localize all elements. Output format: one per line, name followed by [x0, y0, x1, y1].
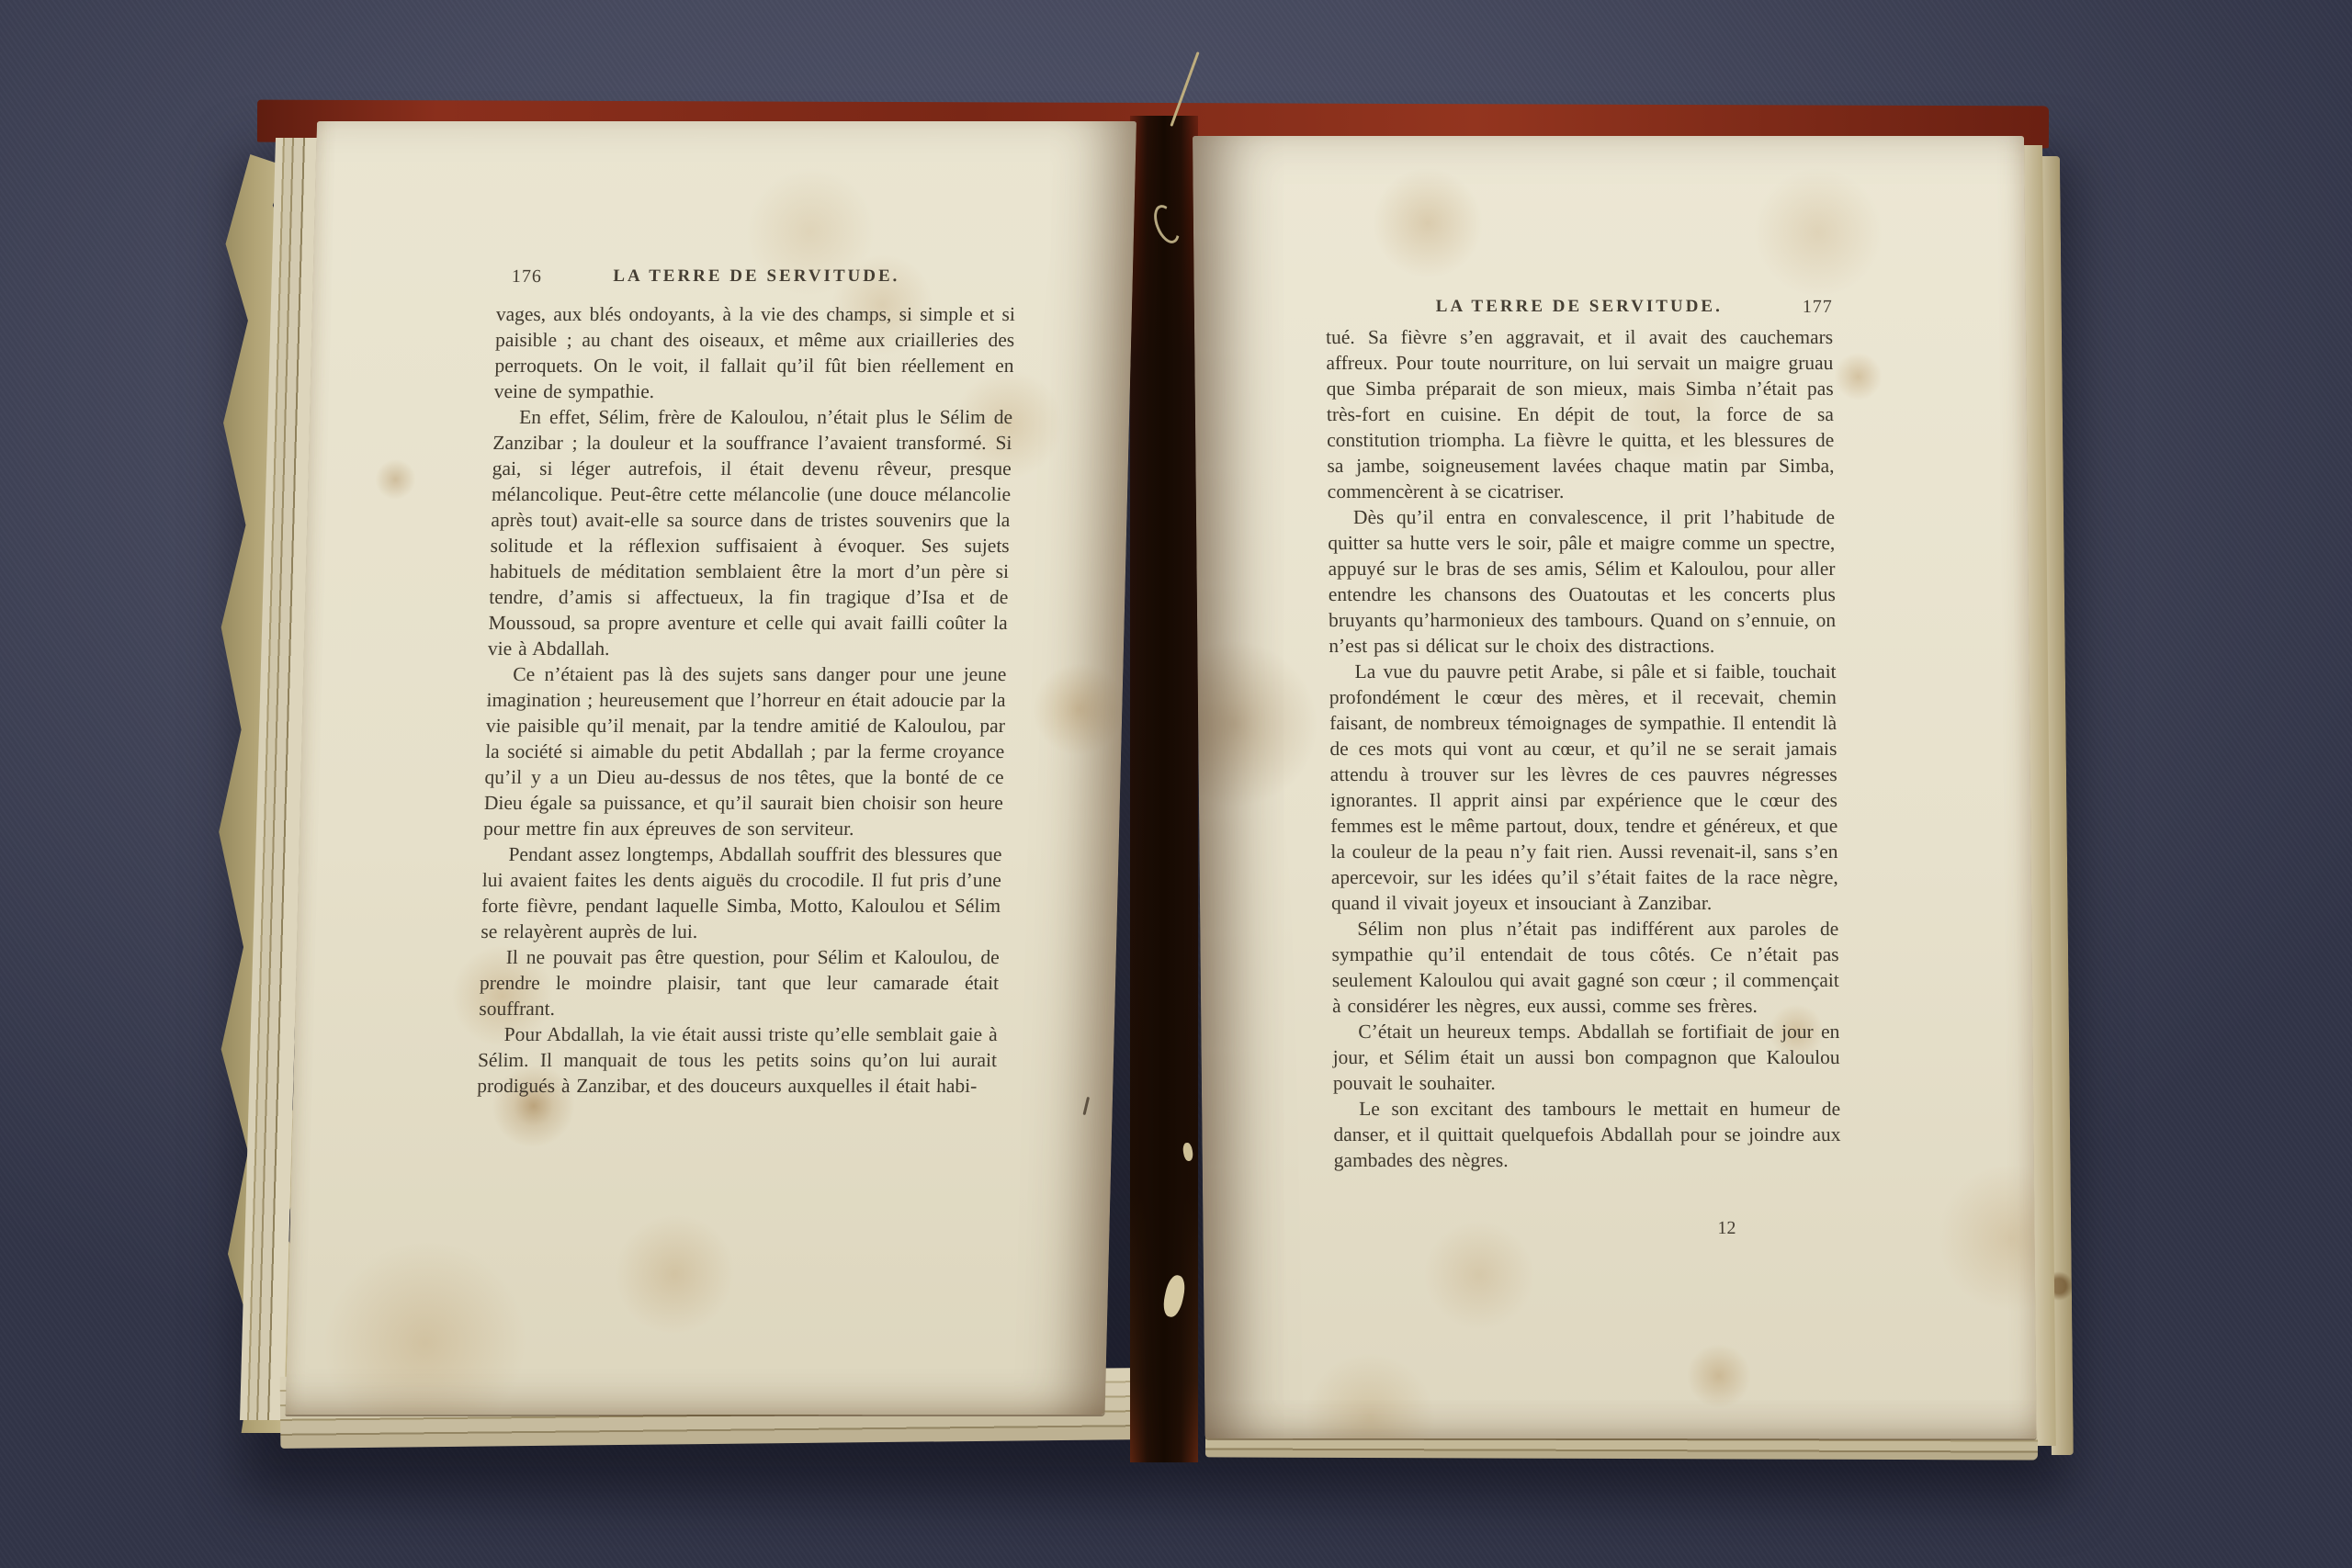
body-paragraph: vages, aux blés ondoyants, à la vie des …: [493, 301, 1015, 404]
body-paragraph: En effet, Sélim, frère de Kaloulou, n’ét…: [488, 404, 1013, 661]
left-running-title: LA TERRE DE SERVITUDE.: [497, 266, 1017, 287]
left-page-number: 176: [512, 266, 543, 288]
body-paragraph: La vue du pauvre petit Arabe, si pâle et…: [1329, 659, 1838, 916]
body-paragraph: Ce n’étaient pas là des sujets sans dang…: [483, 661, 1007, 841]
body-paragraph: Dès qu’il entra en convalescence, il pri…: [1328, 504, 1837, 659]
signature-mark: 12: [1717, 1218, 1736, 1239]
body-paragraph: tué. Sa fièvre s’en aggravait, et il ava…: [1326, 324, 1835, 504]
body-paragraph: Pendant assez longtemps, Abdallah souffr…: [481, 841, 1002, 944]
margin-ink-mark: [1083, 1097, 1091, 1115]
body-paragraph: Le son excitant des tambours le mettait …: [1333, 1096, 1841, 1173]
right-page: LA TERRE DE SERVITUDE. 177 tué. Sa fièvr…: [1193, 136, 2037, 1438]
body-paragraph: Pour Abdallah, la vie était aussi triste…: [477, 1021, 998, 1099]
left-page: 176 LA TERRE DE SERVITUDE. vages, aux bl…: [286, 121, 1136, 1415]
left-page-body: vages, aux blés ondoyants, à la vie des …: [477, 301, 1015, 1099]
right-page-header: LA TERRE DE SERVITUDE. 177: [1326, 297, 1833, 324]
right-running-title: LA TERRE DE SERVITUDE.: [1326, 297, 1833, 317]
right-page-body: tué. Sa fièvre s’en aggravait, et il ava…: [1326, 324, 1841, 1173]
right-page-number: 177: [1803, 297, 1833, 318]
body-paragraph: C’était un heureux temps. Abdallah se fo…: [1332, 1019, 1840, 1096]
body-paragraph: Il ne pouvait pas être question, pour Sé…: [479, 944, 1000, 1021]
book-spine-gutter: [1130, 116, 1198, 1462]
body-paragraph: Sélim non plus n’était pas indifférent a…: [1331, 916, 1839, 1019]
left-page-header: 176 LA TERRE DE SERVITUDE.: [496, 266, 1016, 294]
photo-of-open-book: 176 LA TERRE DE SERVITUDE. vages, aux bl…: [0, 0, 2352, 1568]
